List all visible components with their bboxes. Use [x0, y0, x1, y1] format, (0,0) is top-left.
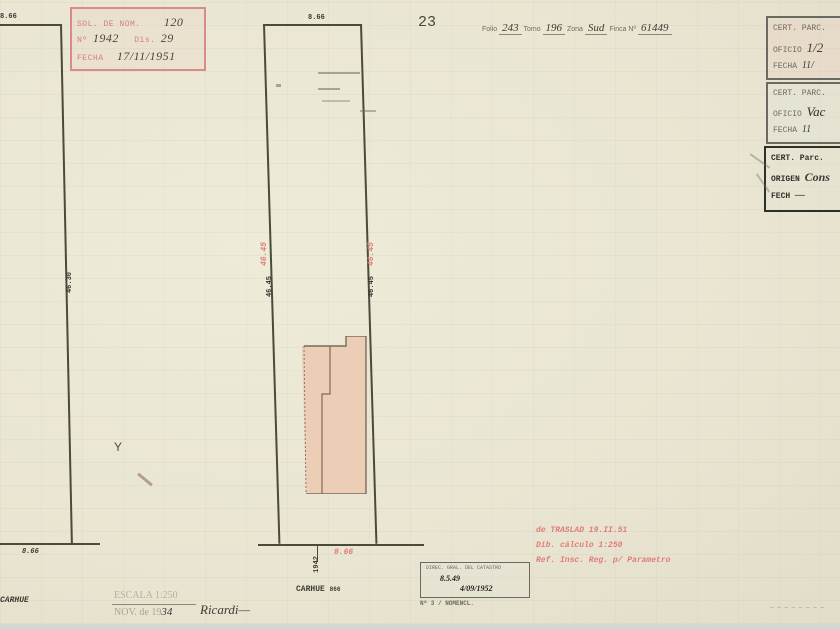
center-lot-top-label: 8.66: [308, 14, 325, 22]
scale-underline: [112, 604, 196, 605]
stamp-label: CERT. Parc.: [771, 154, 824, 163]
stamp-label: DIREC. GRAL. DEL CATASTRO: [426, 565, 501, 571]
red-note-2: Dib. cálculo 1:250: [536, 541, 622, 550]
scan-bottom-edge: [0, 624, 840, 630]
left-lot-top-label: 8.66: [0, 13, 17, 21]
survey-plan-sheet: 23 Folio 243 Tomo 196 Zona Sud Finca Nº …: [0, 0, 840, 624]
faint-mark: [276, 84, 281, 87]
stamp-value: 8.5.49: [440, 574, 460, 583]
center-lot-left-side-label: 46.45: [266, 276, 274, 297]
building-footprint: [302, 336, 368, 494]
page-number: 23: [418, 14, 436, 31]
catastro-stamp: DIREC. GRAL. DEL CATASTRO 8.5.49 4/09/19…: [420, 562, 530, 598]
cert-parc-stamp-1: CERT. PARC. OFICIO 1/2 FECHA 11/: [766, 16, 840, 80]
signature: Ricardi—: [200, 602, 250, 618]
zona-value: Sud: [585, 22, 608, 35]
stamp-value: 4/09/1952: [460, 584, 492, 593]
date-prefix: NOV. de 19: [114, 607, 161, 618]
center-lot-bottom-edge: [258, 544, 424, 546]
stamp-value: 11/: [802, 60, 814, 71]
stamp-label: Dis.: [134, 36, 155, 45]
bottom-right-faint-text: — — — — — — — —: [770, 604, 824, 611]
stamp-label: FECH: [771, 192, 790, 201]
finca-label: Finca Nº: [609, 26, 636, 33]
stamp-label: ORIGEN: [771, 175, 800, 184]
folio-label: Folio: [482, 26, 497, 33]
stamp-label: OFICIO: [773, 46, 802, 55]
finca-value: 61449: [638, 22, 672, 35]
stamp-value: 1/2: [807, 40, 824, 55]
center-lot-vertical-number: 1942: [313, 556, 321, 573]
left-lot-side-label: 46.30: [66, 272, 74, 293]
stamp-label: FECHA: [77, 54, 104, 63]
center-lot-bottom-red-label: 8.66: [334, 548, 353, 557]
stamp-value: 29: [161, 31, 174, 45]
stamp-value: 1942: [93, 31, 119, 45]
cert-parc-stamp-3: CERT. Parc. ORIGEN Cons FECH —: [764, 146, 840, 212]
stamp-label: FECHA: [773, 126, 797, 135]
left-lot-bottom-label: 8.66: [22, 548, 39, 556]
stamp-value: 17/11/1951: [117, 49, 176, 63]
registry-line: Folio 243 Tomo 196 Zona Sud Finca Nº 614…: [482, 22, 672, 34]
building-area: [302, 336, 366, 494]
stray-mark-y: Y: [114, 440, 122, 454]
stray-stroke: [137, 473, 153, 487]
center-lot-right-side-label: 46.45: [368, 276, 376, 297]
scale-label: ESCALA 1:250: [114, 590, 178, 601]
stamp-label: OFICIO: [773, 110, 802, 119]
tomo-value: 196: [543, 22, 566, 35]
faint-mark: [318, 88, 340, 90]
stamp-label: SOL. DE NOM.: [77, 20, 141, 29]
date-year: 34: [161, 606, 172, 618]
center-lot-top-edge: [263, 24, 361, 26]
catastro-footer: Nº 3 / NOMENCL.: [420, 600, 474, 607]
faint-mark: [360, 110, 376, 112]
stamp-label: FECHA: [773, 62, 797, 71]
street-number: 866: [330, 586, 341, 593]
stamp-value: Cons: [805, 170, 830, 184]
left-lot-bottom-edge: [0, 543, 100, 545]
faint-mark: [322, 100, 350, 102]
left-street-label: CARHUE: [0, 596, 29, 605]
stamp-label: CERT. PARC.: [773, 89, 826, 98]
folio-value: 243: [499, 22, 522, 35]
stamp-value: 120: [164, 15, 184, 29]
date-line: NOV. de 1934: [114, 606, 172, 618]
red-note-1: de TRASLAD 19.II.51: [536, 526, 627, 535]
stamp-value: Vac: [807, 104, 826, 119]
sol-de-nom-stamp: SOL. DE NOM. 120 Nº 1942 Dis. 29 FECHA 1…: [70, 7, 206, 71]
zona-label: Zona: [567, 26, 583, 33]
red-note-3: Ref. Insc. Reg. p/ Parametro: [536, 556, 670, 565]
stamp-label: CERT. PARC.: [773, 24, 826, 33]
stamp-value: —: [795, 190, 805, 201]
center-lot-left-red-label: 46.45: [260, 242, 269, 266]
faint-mark: [318, 72, 360, 74]
stamp-label: Nº: [77, 36, 88, 45]
stamp-value: 11: [802, 124, 811, 135]
cert-parc-stamp-2: CERT. PARC. OFICIO Vac FECHA 11: [766, 82, 840, 144]
tomo-label: Tomo: [523, 26, 540, 33]
street-name: CARHUE: [296, 585, 325, 594]
center-street-label: CARHUE 866: [296, 585, 340, 594]
left-lot-top-edge: [0, 24, 60, 26]
center-lot-right-red-label: 46.45: [367, 242, 376, 266]
